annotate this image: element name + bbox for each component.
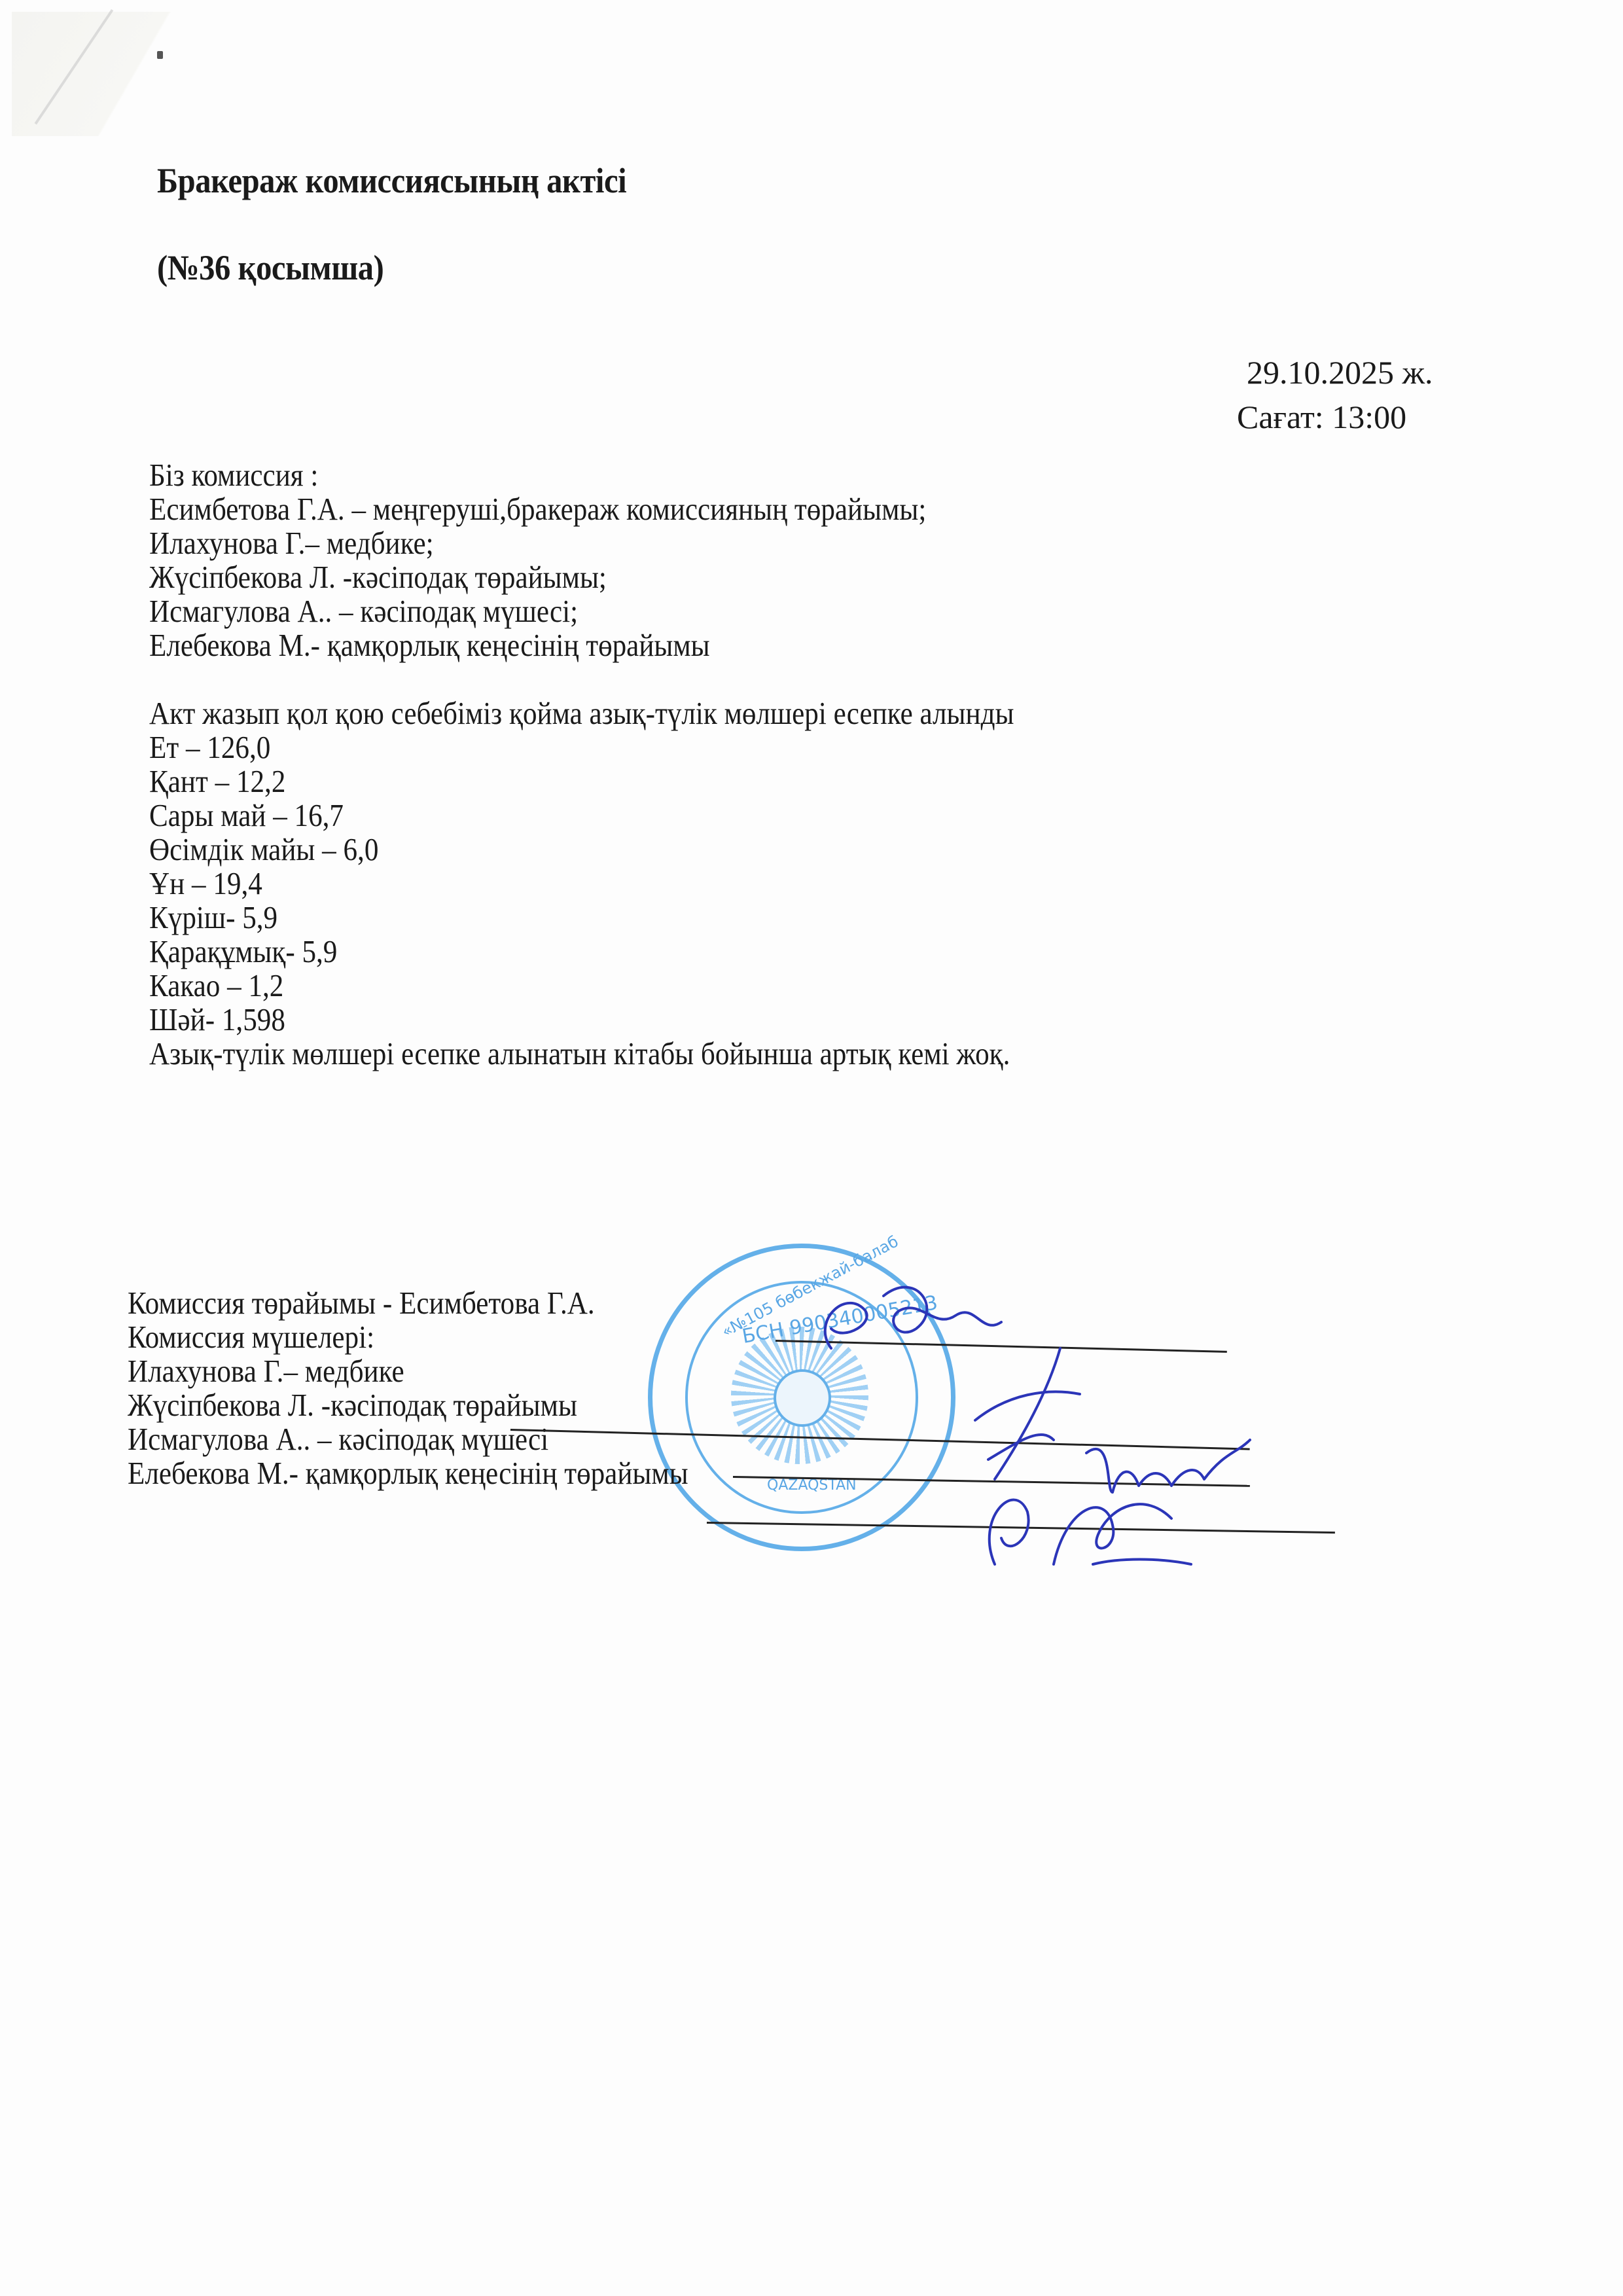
- inventory-item: Ет – 126,0: [149, 730, 1014, 764]
- signature-row-member: Исмагулова А.. – кәсіподақ мүшесі: [128, 1422, 764, 1456]
- inventory-conclusion: Азық-түлік мөлшері есепке алынатын кітаб…: [149, 1037, 1014, 1071]
- document-time: Сағат: 13:00: [1237, 398, 1406, 436]
- chair-label: Комиссия төрайымы - Есимбетова Г.А.: [128, 1286, 595, 1320]
- inventory-item: Сары май – 16,7: [149, 798, 1014, 833]
- member-label: Исмагулова А.. – кәсіподақ мүшесі: [128, 1422, 548, 1456]
- signature-union-member: [975, 1466, 1198, 1577]
- signature-block: Комиссия төрайымы - Есимбетова Г.А. Коми…: [128, 1286, 764, 1490]
- staple-mark: [157, 51, 163, 59]
- document-subtitle: (№36 қосымша): [157, 247, 383, 288]
- member-label: Илахунова Г.– медбике: [128, 1354, 404, 1388]
- inventory-item: Өсімдік майы – 6,0: [149, 833, 1014, 867]
- commission-member: Жүсіпбекова Л. -кәсіподақ төрайымы;: [149, 560, 1014, 594]
- commission-intro: Біз комиссия :: [149, 458, 1014, 492]
- signature-row-member: Жүсіпбекова Л. -кәсіподақ төрайымы: [128, 1388, 764, 1422]
- document-date: 29.10.2025 ж.: [1247, 353, 1433, 391]
- document-body: Біз комиссия : Есимбетова Г.А. – меңгеру…: [149, 458, 1014, 1071]
- inventory-item: Шәй- 1,598: [149, 1003, 1014, 1037]
- spacer: [149, 662, 1014, 696]
- inventory-item: Қарақұмық- 5,9: [149, 935, 1014, 969]
- commission-member: Есимбетова Г.А. – меңгеруші,бракераж ком…: [149, 492, 1014, 526]
- members-label: Комиссия мүшелері:: [128, 1320, 374, 1354]
- signature-row-chair: Комиссия төрайымы - Есимбетова Г.А.: [128, 1286, 764, 1320]
- inventory-item: Какао – 1,2: [149, 969, 1014, 1003]
- members-heading-row: Комиссия мүшелері:: [128, 1320, 764, 1354]
- inventory-item: Күріш- 5,9: [149, 901, 1014, 935]
- document-title: Бракераж комиссиясының актісі: [157, 160, 626, 201]
- member-label: Жүсіпбекова Л. -кәсіподақ төрайымы: [128, 1388, 577, 1422]
- inventory-item: Қант – 12,2: [149, 764, 1014, 798]
- signature-row-member: Илахунова Г.– медбике: [128, 1354, 764, 1388]
- emblem-center-icon: [774, 1369, 831, 1427]
- commission-member: Илахунова Г.– медбике;: [149, 526, 1014, 560]
- signature-row-member: Елебекова М.- қамқорлық кеңесінің төрайы…: [128, 1456, 764, 1490]
- inventory-statement: Акт жазып қол қою себебіміз қойма азық-т…: [149, 696, 1014, 730]
- commission-member: Исмагулова А.. – кәсіподақ мүшесі;: [149, 594, 1014, 628]
- inventory-item: Ұн – 19,4: [149, 867, 1014, 901]
- commission-member: Елебекова М.- қамқорлық кеңесінің төрайы…: [149, 628, 1014, 662]
- member-label: Елебекова М.- қамқорлық кеңесінің төрайы…: [128, 1456, 688, 1490]
